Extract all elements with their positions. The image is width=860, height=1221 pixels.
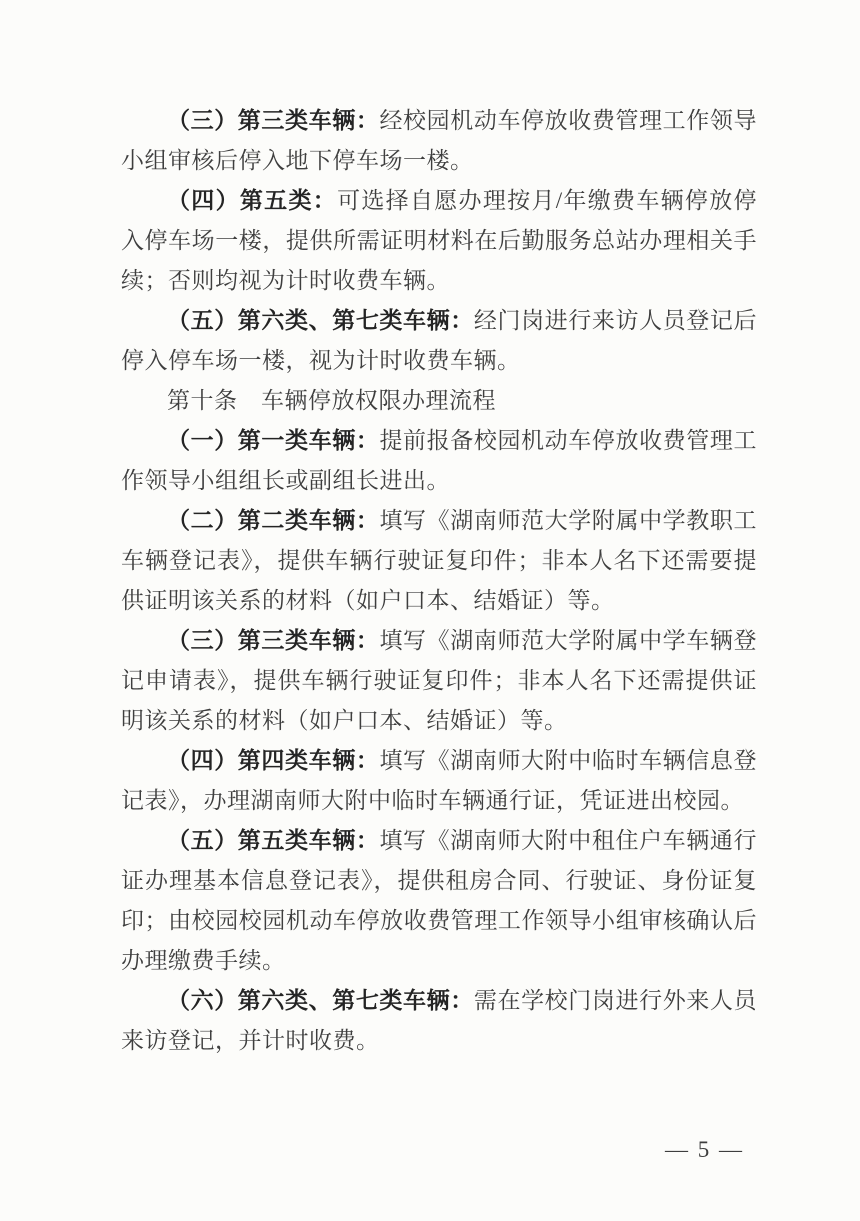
article-number: 第十条 (167, 388, 238, 413)
paragraph-label: （五）第五类车辆： (167, 828, 379, 853)
paragraph-label: （六）第六类、第七类车辆： (167, 988, 474, 1013)
paragraph-label: （三）第三类车辆： (167, 108, 379, 133)
paragraph: （四）第四类车辆：填写《湖南师大附中临时车辆信息登记表》，办理湖南师大附中临时车… (121, 741, 757, 821)
page-number: — 5 — (665, 1133, 744, 1167)
paragraph-label: （三）第三类车辆： (167, 628, 379, 653)
article-title: 车辆停放权限办理流程 (238, 388, 497, 413)
paragraph: （五）第五类车辆：填写《湖南师大附中租住户车辆通行证办理基本信息登记表》，提供租… (121, 821, 757, 981)
paragraph: （三）第三类车辆：经校园机动车停放收费管理工作领导小组审核后停入地下停车场一楼。 (121, 101, 757, 181)
paragraph: （五）第六类、第七类车辆：经门岗进行来访人员登记后停入停车场一楼，视为计时收费车… (121, 301, 757, 381)
paragraph: （三）第三类车辆：填写《湖南师范大学附属中学车辆登记申请表》，提供车辆行驶证复印… (121, 621, 757, 741)
article-heading: 第十条 车辆停放权限办理流程 (121, 381, 757, 421)
paragraph: （六）第六类、第七类车辆：需在学校门岗进行外来人员来访登记，并计时收费。 (121, 981, 757, 1061)
paragraph-label: （四）第五类： (167, 188, 337, 213)
scanned-document-page: （三）第三类车辆：经校园机动车停放收费管理工作领导小组审核后停入地下停车场一楼。… (0, 0, 860, 1221)
paragraph-label: （二）第二类车辆： (167, 508, 379, 533)
paragraph: （二）第二类车辆：填写《湖南师范大学附属中学教职工车辆登记表》，提供车辆行驶证复… (121, 501, 757, 621)
document-body: （三）第三类车辆：经校园机动车停放收费管理工作领导小组审核后停入地下停车场一楼。… (121, 101, 757, 1061)
paragraph: （四）第五类：可选择自愿办理按月/年缴费车辆停放停入停车场一楼，提供所需证明材料… (121, 181, 757, 301)
paragraph-label: （五）第六类、第七类车辆： (167, 308, 474, 333)
paragraph-label: （四）第四类车辆： (167, 748, 379, 773)
paragraph-label: （一）第一类车辆： (167, 428, 379, 453)
paragraph: （一）第一类车辆：提前报备校园机动车停放收费管理工作领导小组组长或副组长进出。 (121, 421, 757, 501)
